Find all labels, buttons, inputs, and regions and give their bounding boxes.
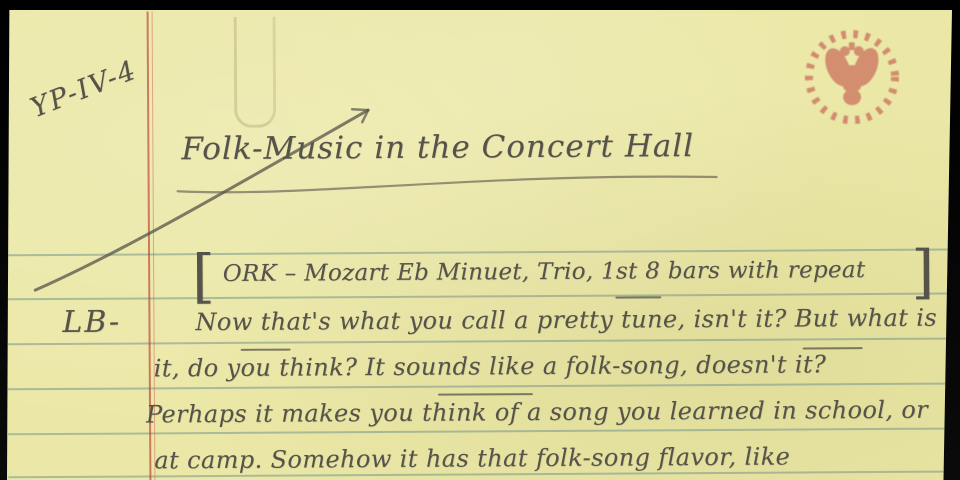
page-content: YP-IV-4 Folk-Music in the Concert Hall [… [6,7,954,480]
music-cue: [ ORK – Mozart Eb Minuet, Trio, 1st 8 ba… [192,241,934,308]
title-underline-icon [172,164,722,201]
pencil-underline [438,393,533,396]
script-line: Now that's what you call a pretty tune, … [195,304,937,337]
music-cue-text: ORK – Mozart Eb Minuet, Trio, 1st 8 bars… [215,241,870,287]
archive-seal-stamp-icon [800,25,905,130]
speaker-label: LB- [62,305,121,340]
scanned-document: YP-IV-4 Folk-Music in the Concert Hall [… [0,0,960,480]
paper-sheet: YP-IV-4 Folk-Music in the Concert Hall [… [7,10,952,480]
pencil-underline [241,349,291,351]
open-bracket: [ [192,245,215,307]
close-bracket: ] [911,241,934,303]
pencil-underline [615,296,661,298]
script-line: at camp. Somehow it has that folk-song f… [154,443,790,475]
script-line: Perhaps it makes you think of a song you… [146,396,928,429]
script-line: it, do you think? It sounds like a folk-… [154,350,827,382]
page-title: Folk-Music in the Concert Hall [181,128,694,167]
pencil-underline [803,347,863,349]
